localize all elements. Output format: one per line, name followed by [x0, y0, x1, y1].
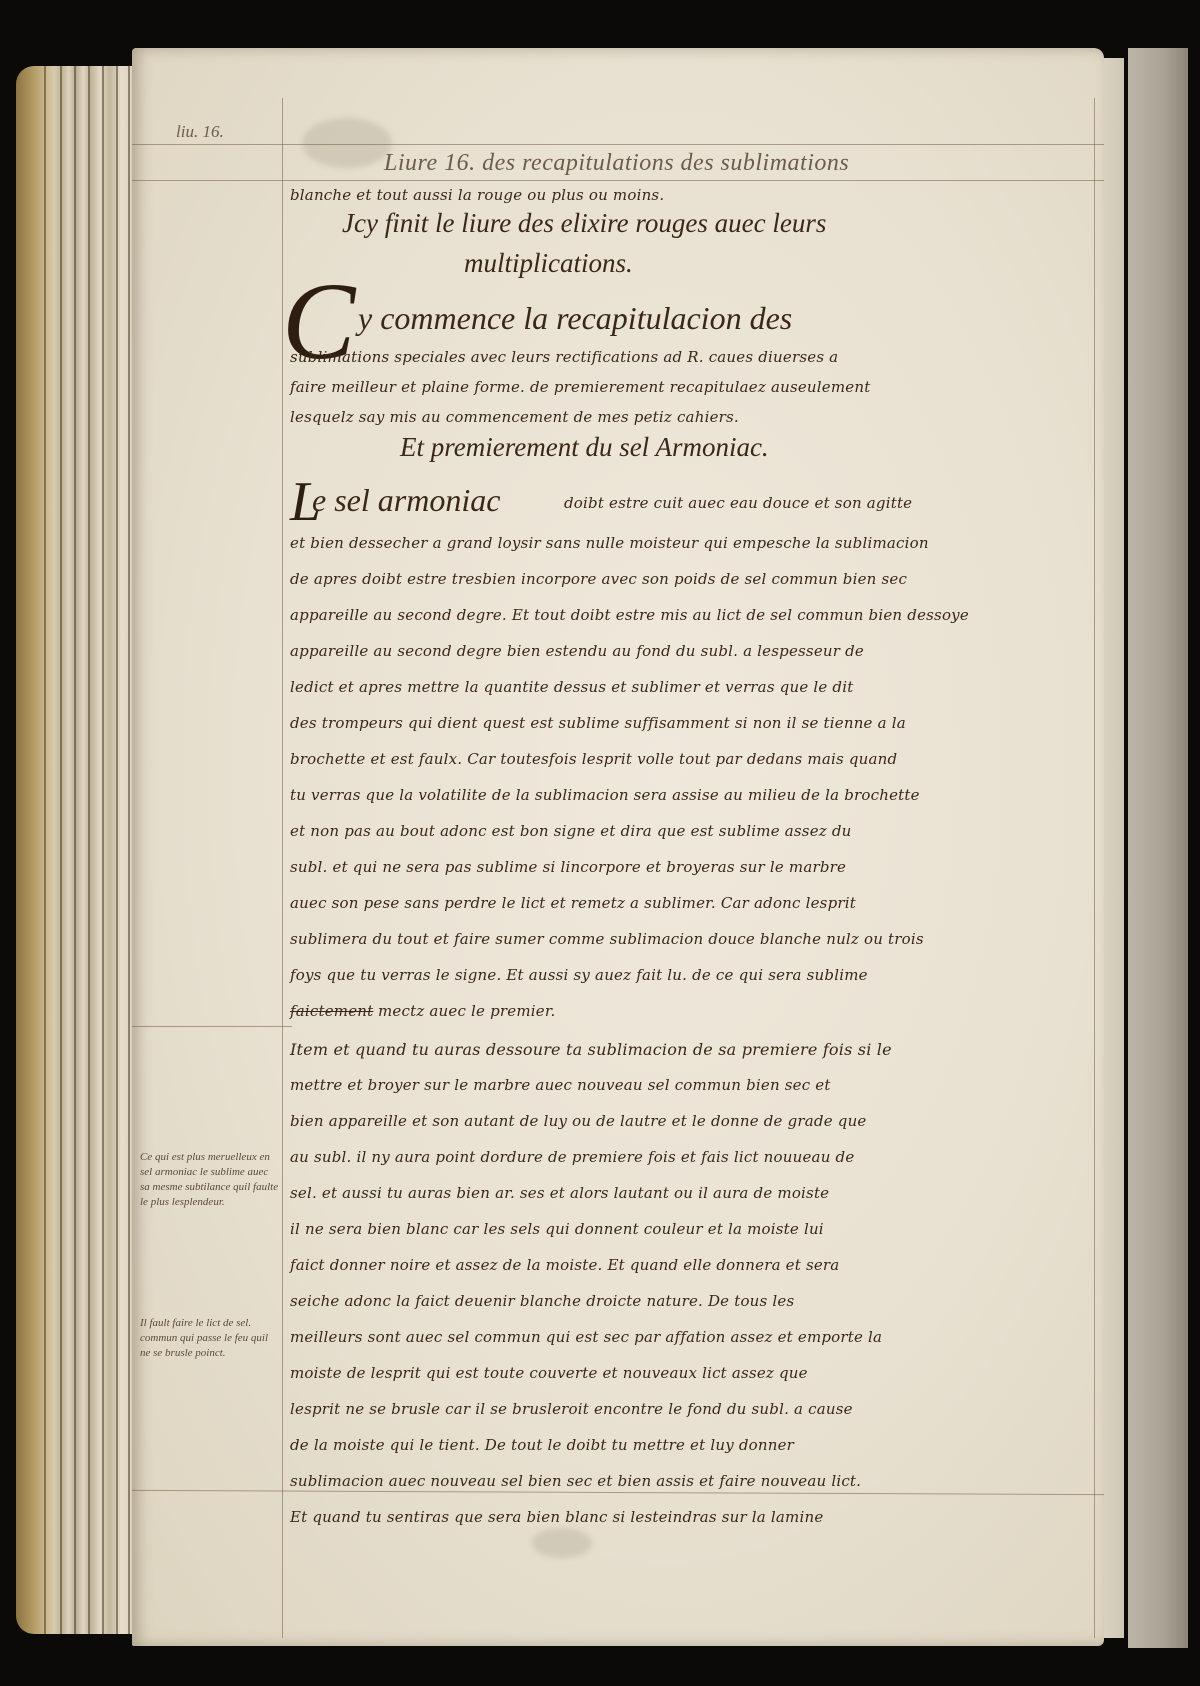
manuscript-page: liu. 16. Liure 16. des recapitulations d…: [132, 48, 1104, 1646]
text-line: meilleurs sont auec sel commun qui est s…: [290, 1328, 882, 1346]
text-line: subl. et qui ne sera pas sublime si linc…: [290, 858, 846, 876]
text-line: sel. et aussi tu auras bien ar. ses et a…: [290, 1184, 829, 1202]
text-line: auec son pese sans perdre le lict et rem…: [290, 894, 856, 912]
text-line: des trompeurs qui dient quest est sublim…: [290, 714, 906, 732]
text-line: Et quand tu sentiras que sera bien blanc…: [290, 1508, 823, 1526]
text-line: et bien dessecher a grand loysir sans nu…: [290, 534, 929, 552]
struck-word: faictement: [290, 1002, 373, 1020]
text-line: seiche adonc la faict deuenir blanche dr…: [290, 1292, 794, 1310]
text-line: au subl. il ny aura point dordure de pre…: [290, 1148, 854, 1166]
carryover-line: blanche et tout aussi la rouge ou plus o…: [290, 186, 664, 204]
stain: [532, 1528, 592, 1558]
para1-first-line: doibt estre cuit auec eau douce et son a…: [564, 494, 912, 512]
text-line: appareille au second degre. Et tout doib…: [290, 606, 969, 624]
incipit-heading: y commence la recapitulacion des: [358, 300, 792, 337]
intro-line-2: faire meilleur et plaine forme. de premi…: [290, 378, 870, 396]
top-rule: [132, 144, 1104, 145]
facing-page-edge: [1128, 48, 1188, 1648]
para1-heading: e sel armoniac: [312, 482, 500, 519]
explicit-line-1: Jcy finit le liure des elixire rouges au…: [342, 208, 826, 239]
header-rule: [132, 180, 1104, 181]
text-line: et non pas au bout adonc est bon signe e…: [290, 822, 852, 840]
sub-heading: Et premierement du sel Armoniac.: [400, 432, 769, 463]
text-line: Item et quand tu auras dessoure ta subli…: [290, 1040, 892, 1059]
running-header: Liure 16. des recapitulations des sublim…: [384, 150, 849, 177]
text-line: lesprit ne se brusle car il se brusleroi…: [290, 1400, 853, 1418]
text-line: de la moiste qui le tient. De tout le do…: [290, 1436, 794, 1454]
margin-note-2: Il fault faire le lict de sel. commun qu…: [140, 1316, 280, 1361]
text-line: sublimacion auec nouveau sel bien sec et…: [290, 1472, 861, 1490]
text-line: de apres doibt estre tresbien incorpore …: [290, 570, 907, 588]
text-line: moiste de lesprit qui est toute couverte…: [290, 1364, 808, 1382]
text-line: mettre et broyer sur le marbre auec nouv…: [290, 1076, 831, 1094]
right-margin-rule: [1094, 98, 1095, 1638]
bottom-rule: [132, 1490, 1104, 1495]
text-line: ledict et apres mettre la quantite dessu…: [290, 678, 853, 696]
text-line: il ne sera bien blanc car les sels qui d…: [290, 1220, 824, 1238]
text-line-end: mectz auec le premier.: [378, 1002, 556, 1020]
text-line: faict donner noire et assez de la moiste…: [290, 1256, 839, 1274]
text-line: bien appareille et son autant de luy ou …: [290, 1112, 867, 1130]
paragraph-divider: [132, 1026, 292, 1027]
text-line: foys que tu verras le signe. Et aussi sy…: [290, 966, 868, 984]
page-edges-stack: [16, 66, 136, 1634]
facing-leaf: [1104, 58, 1124, 1638]
stain: [302, 118, 392, 168]
intro-line-3: lesquelz say mis au commencement de mes …: [290, 408, 739, 426]
folio-label: liu. 16.: [176, 122, 224, 142]
text-line: brochette et est faulx. Car toutesfois l…: [290, 750, 897, 768]
text-line: tu verras que la volatilite de la sublim…: [290, 786, 920, 804]
text-line: sublimera du tout et faire sumer comme s…: [290, 930, 924, 948]
intro-line-1: sublimations speciales avec leurs rectif…: [290, 348, 838, 366]
explicit-line-2: multiplications.: [464, 248, 633, 279]
text-line: faictement: [290, 1002, 373, 1020]
margin-note-1: Ce qui est plus meruelleux en sel armoni…: [140, 1150, 280, 1210]
text-line: appareille au second degre bien estendu …: [290, 642, 864, 660]
